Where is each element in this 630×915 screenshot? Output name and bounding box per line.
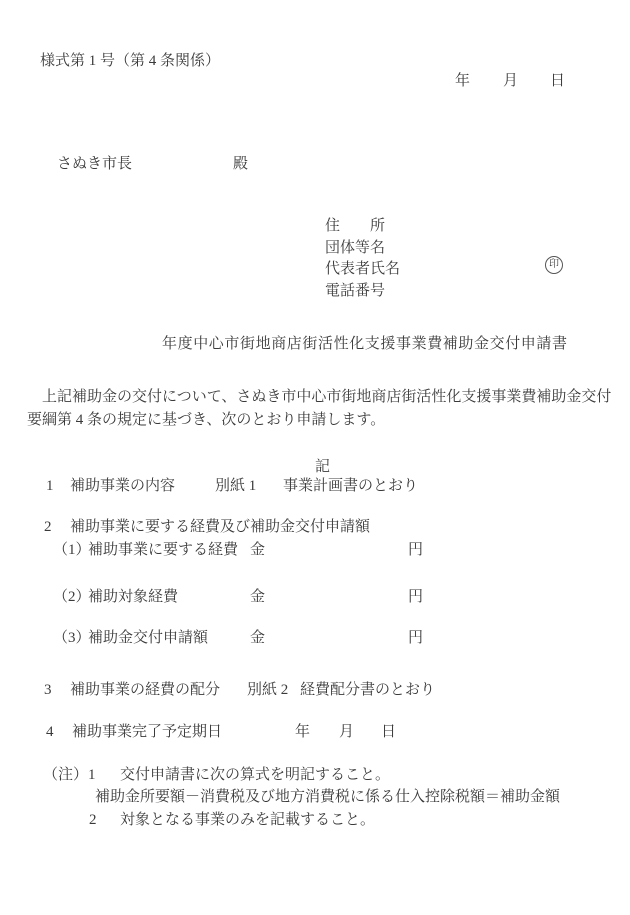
expense-row-2-label: 補助対象経費 <box>88 587 178 607</box>
note-line-1: （注） 1 交付申請書に次の算式を明記すること。 <box>0 765 630 785</box>
expense-row-3-label: 補助金交付申請額 <box>88 628 208 648</box>
expense-row-2-amount-suffix: 円 <box>408 587 423 607</box>
item-1-attachment: 別紙 1 <box>215 476 256 496</box>
note-1-text: 交付申請書に次の算式を明記すること。 <box>120 765 390 785</box>
expense-row-1-amount-prefix: 金 <box>250 540 265 560</box>
applicant-organization-label: 団体等名 <box>325 238 385 258</box>
body-paragraph-line-2: 要綱第 4 条の規定に基づき、次のとおり申請します。 <box>0 410 630 430</box>
item-3-attachment: 別紙 2 <box>247 680 288 700</box>
item-3-detail: 経費配分書のとおり <box>300 680 435 700</box>
expense-row-3-number: （3） <box>53 628 91 648</box>
expense-row-2-amount-prefix: 金 <box>250 587 265 607</box>
form-number: 様式第 1 号（第 4 条関係） <box>40 51 220 71</box>
item-4-day-label: 日 <box>381 722 396 742</box>
expense-row-3: （3） 補助金交付申請額 金 円 <box>0 628 630 648</box>
expense-row-3-amount-prefix: 金 <box>250 628 265 648</box>
applicant-phone-label: 電話番号 <box>325 281 385 301</box>
expense-row-1-number: （1） <box>53 540 91 560</box>
document-title: 年度中心市街地商店街活性化支援事業費補助金交付申請書 <box>162 334 568 354</box>
date-day-label: 日 <box>550 71 565 91</box>
note-mark: （注） <box>43 765 88 785</box>
body-paragraph-line-1: 上記補助金の交付について、さぬき市中心市街地商店街活性化支援事業費補助金交付 <box>0 387 630 407</box>
seal-mark-icon: 印 <box>545 256 563 274</box>
date-month-label: 月 <box>503 71 518 91</box>
applicant-representative-line: 代表者氏名 <box>0 259 630 279</box>
item-1-label: 補助事業の内容 <box>70 476 175 496</box>
applicant-address-label: 住 所 <box>325 216 385 236</box>
expense-row-2: （2） 補助対象経費 金 円 <box>0 587 630 607</box>
expense-row-1-amount-suffix: 円 <box>408 540 423 560</box>
item-1-detail: 事業計画書のとおり <box>283 476 418 496</box>
form-number-line: 様式第 1 号（第 4 条関係） <box>0 51 630 71</box>
body-text-1: 上記補助金の交付について、さぬき市中心市街地商店街活性化支援事業費補助金交付 <box>27 387 611 407</box>
item-4-number: 4 <box>46 722 54 742</box>
addressee-title: さぬき市長 <box>57 154 132 174</box>
addressee-honorific: 殿 <box>233 154 248 174</box>
item-4-month-label: 月 <box>339 722 354 742</box>
item-1-number: 1 <box>46 476 54 496</box>
item-1-line: 1 補助事業の内容 別紙 1 事業計画書のとおり <box>0 476 630 496</box>
record-mark-line: 記 <box>0 437 630 457</box>
date-year-label: 年 <box>455 71 470 91</box>
note-formula: 補助金所要額－消費税及び地方消費税に係る仕入控除税額＝補助金額 <box>95 787 560 807</box>
item-4-year-label: 年 <box>295 722 310 742</box>
note-line-2: 2 対象となる事業のみを記載すること。 <box>0 810 630 830</box>
applicant-organization-line: 団体等名 <box>0 238 630 258</box>
item-3-number: 3 <box>44 680 52 700</box>
date-line: 年 月 日 <box>0 71 630 91</box>
item-2-label: 補助事業に要する経費及び補助金交付申請額 <box>70 517 370 537</box>
expense-row-1: （1） 補助事業に要する経費 金 円 <box>0 540 630 560</box>
item-2-line: 2 補助事業に要する経費及び補助金交付申請額 <box>0 517 630 537</box>
note-2-number: 2 <box>89 810 97 830</box>
item-3-label: 補助事業の経費の配分 <box>70 680 220 700</box>
item-3-line: 3 補助事業の経費の配分 別紙 2 経費配分書のとおり <box>0 680 630 700</box>
note-2-text: 対象となる事業のみを記載すること。 <box>120 810 375 830</box>
expense-row-2-number: （2） <box>53 587 91 607</box>
item-4-label: 補助事業完了予定期日 <box>72 722 222 742</box>
note-1-number: 1 <box>88 765 96 785</box>
applicant-address-line: 住 所 <box>0 216 630 236</box>
note-formula-line: 補助金所要額－消費税及び地方消費税に係る仕入控除税額＝補助金額 <box>0 787 630 807</box>
record-mark: 記 <box>315 459 330 475</box>
item-4-line: 4 補助事業完了予定期日 年 月 日 <box>0 722 630 742</box>
body-text-2: 要綱第 4 条の規定に基づき、次のとおり申請します。 <box>27 410 385 430</box>
application-form-page: 様式第 1 号（第 4 条関係） 年 月 日 さぬき市長 殿 住 所 団体等名 … <box>0 0 630 915</box>
applicant-representative-label: 代表者氏名 <box>325 259 400 279</box>
item-2-number: 2 <box>44 517 52 537</box>
applicant-phone-line: 電話番号 <box>0 281 630 301</box>
document-title-line: 年度中心市街地商店街活性化支援事業費補助金交付申請書 <box>0 334 630 354</box>
addressee-line: さぬき市長 殿 <box>0 154 630 174</box>
expense-row-3-amount-suffix: 円 <box>408 628 423 648</box>
expense-row-1-label: 補助事業に要する経費 <box>88 540 238 560</box>
